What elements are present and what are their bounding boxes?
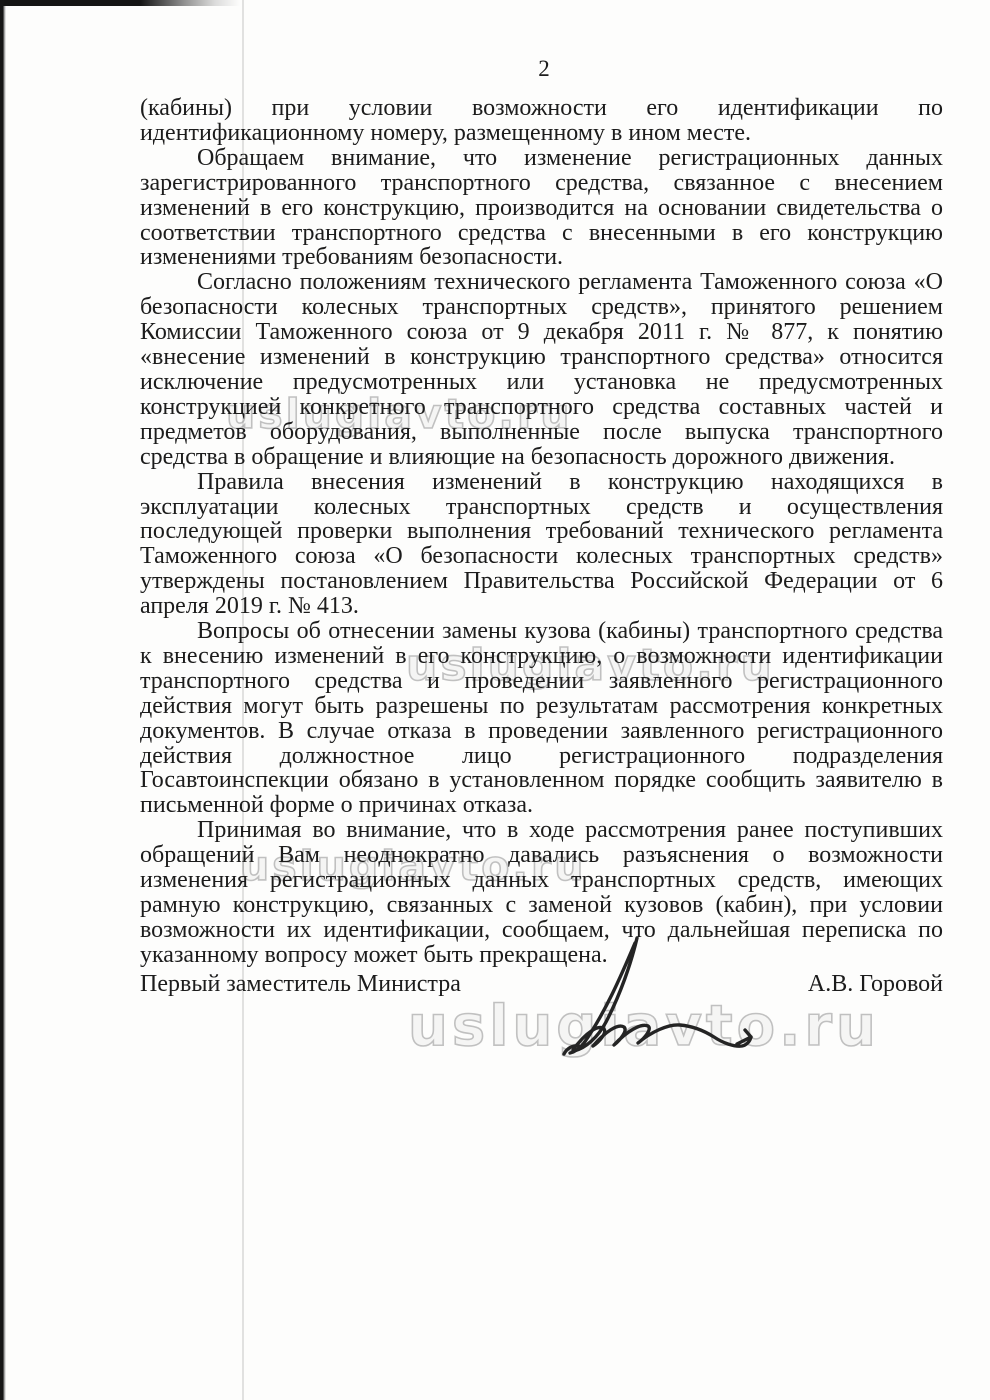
paragraph: (кабины) при условии возможности его иде… [140,96,943,146]
scan-edge-left [0,0,6,1400]
paragraph: Вопросы об отнесении замены кузова (каби… [140,619,943,818]
signer-title: Первый заместитель Министра [140,971,461,997]
scan-edge-top [0,0,240,6]
handwritten-signature [540,918,800,1088]
letter-body: (кабины) при условии возможности его иде… [140,96,943,968]
paragraph: Обращаем внимание, что изменение регистр… [140,146,943,271]
page-number: 2 [530,56,558,82]
signer-name: А.В. Горовой [808,971,943,997]
document-page: 2 uslugiavto.ru uslugiavto.ru uslugiavto… [0,0,990,1400]
paragraph: Согласно положениям технического регламе… [140,270,943,469]
paragraph: Правила внесения изменений в конструкцию… [140,470,943,619]
